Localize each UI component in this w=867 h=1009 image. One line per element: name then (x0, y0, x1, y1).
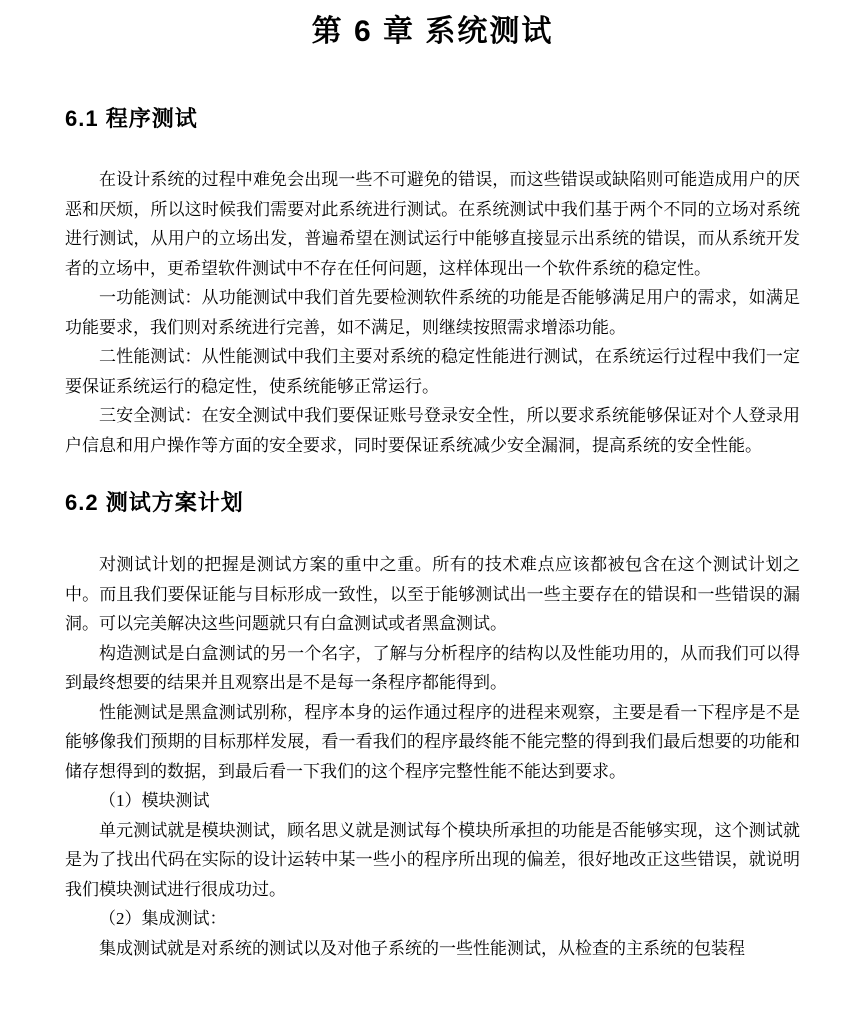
paragraph: 对测试计划的把握是测试方案的重中之重。所有的技术难点应该都被包含在这个测试计划之… (65, 550, 800, 639)
paragraph: 单元测试就是模块测试，顾名思义就是测试每个模块所承担的功能是否能够实现，这个测试… (65, 816, 800, 905)
paragraph-clipped: 集成测试就是对系统的测试以及对他子系统的一些性能测试，从检查的主系统的包装程 (65, 934, 800, 964)
paragraph: 构造测试是白盒测试的另一个名字，了解与分析程序的结构以及性能功用的，从而我们可以… (65, 639, 800, 698)
paragraph: 二性能测试：从性能测试中我们主要对系统的稳定性能进行测试，在系统运行过程中我们一… (65, 342, 800, 401)
paragraph: 性能测试是黑盒测试别称，程序本身的运作通过程序的进程来观察，主要是看一下程序是不… (65, 698, 800, 787)
section-6-1-body: 在设计系统的过程中难免会出现一些不可避免的错误，而这些错误或缺陷则可能造成用户的… (65, 165, 800, 460)
paragraph: （1）模块测试 (65, 786, 800, 816)
paragraph: 一功能测试：从功能测试中我们首先要检测软件系统的功能是否能够满足用户的需求，如满… (65, 283, 800, 342)
paragraph: （2）集成测试： (65, 904, 800, 934)
chapter-title: 第 6 章 系统测试 (65, 13, 800, 50)
section-6-2-body: 对测试计划的把握是测试方案的重中之重。所有的技术难点应该都被包含在这个测试计划之… (65, 550, 800, 963)
section-heading-6-2: 6.2 测试方案计划 (65, 489, 800, 516)
paragraph: 三安全测试：在安全测试中我们要保证账号登录安全性，所以要求系统能够保证对个人登录… (65, 401, 800, 460)
paragraph: 在设计系统的过程中难免会出现一些不可避免的错误，而这些错误或缺陷则可能造成用户的… (65, 165, 800, 283)
document-page: 第 6 章 系统测试 6.1 程序测试 在设计系统的过程中难免会出现一些不可避免… (0, 0, 867, 1009)
section-heading-6-1: 6.1 程序测试 (65, 105, 800, 132)
